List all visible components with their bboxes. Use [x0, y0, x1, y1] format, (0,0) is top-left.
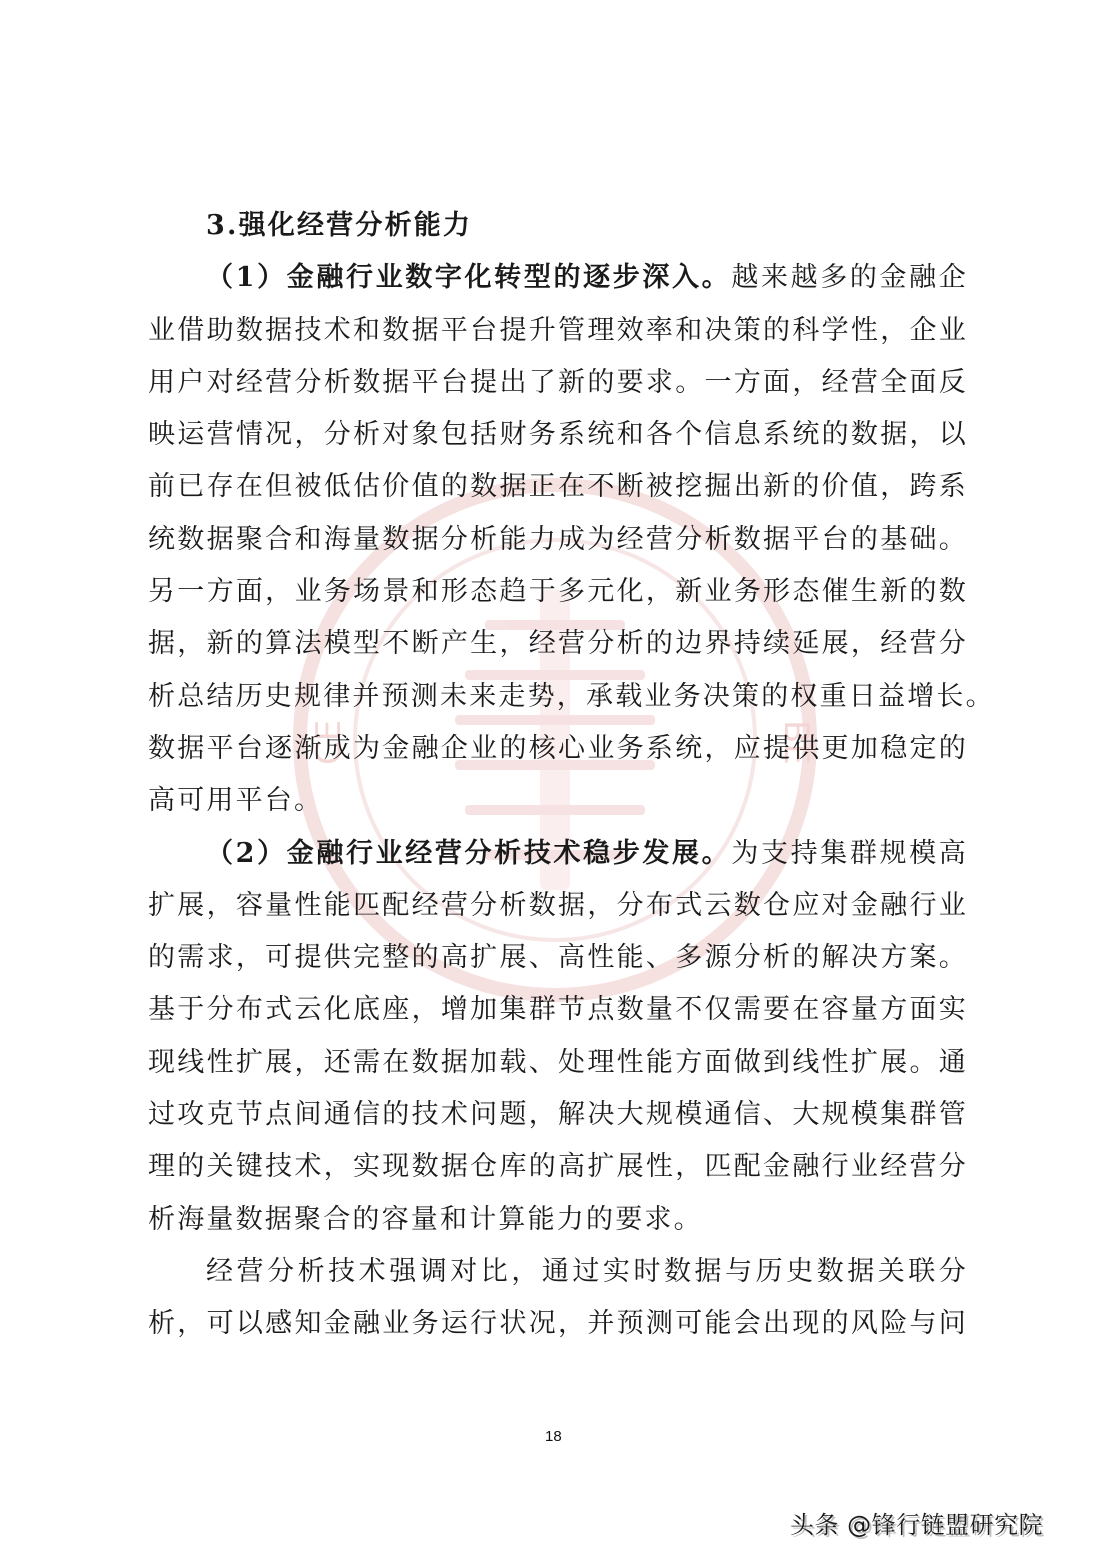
document-page: 3.强化经营分析能力 （1）金融行业数字化转型的逐步深入。越来越多的金融企 业借…	[148, 200, 968, 1351]
paragraph-line: 的需求，可提供完整的高扩展、高性能、多源分析的解决方案。	[148, 932, 968, 984]
page-number: 18	[545, 1428, 562, 1445]
paragraph-line: 现线性扩展，还需在数据加载、处理性能方面做到线性扩展。通	[148, 1037, 968, 1089]
paragraph-line: 扩展，容量性能匹配经营分析数据，分布式云数仓应对金融行业	[148, 880, 968, 932]
paragraph-2-line-1: （2）金融行业经营分析技术稳步发展。为支持集群规模高	[148, 828, 968, 880]
paragraph-line: 析总结历史规律并预测未来走势，承载业务决策的权重日益增长。	[148, 671, 968, 723]
section-heading-text: 3.强化经营分析能力	[206, 210, 472, 241]
paragraph-line: 据，新的算法模型不断产生，经营分析的边界持续延展，经营分	[148, 618, 968, 670]
paragraph-2-lead: （2）金融行业经营分析技术稳步发展。	[206, 838, 731, 869]
paragraph-3-line-1: 经营分析技术强调对比，通过实时数据与历史数据关联分	[148, 1246, 968, 1298]
paragraph-line: 高可用平台。	[148, 775, 968, 827]
paragraph-1-text: 越来越多的金融企	[731, 262, 968, 293]
source-credit-watermark: 头条 @锋行链盟研究院	[790, 1505, 1043, 1540]
paragraph-line: 业借助数据技术和数据平台提升管理效率和决策的科学性，企业	[148, 305, 968, 357]
paragraph-line: 理的关键技术，实现数据仓库的高扩展性，匹配金融行业经营分	[148, 1141, 968, 1193]
paragraph-line: 另一方面，业务场景和形态趋于多元化，新业务形态催生新的数	[148, 566, 968, 618]
section-heading: 3.强化经营分析能力	[148, 200, 968, 252]
paragraph-line: 映运营情况，分析对象包括财务系统和各个信息系统的数据，以	[148, 409, 968, 461]
paragraph-1-lead: （1）金融行业数字化转型的逐步深入。	[206, 262, 731, 293]
paragraph-line: 析海量数据聚合的容量和计算能力的要求。	[148, 1194, 968, 1246]
paragraph-line: 用户对经营分析数据平台提出了新的要求。一方面，经营全面反	[148, 357, 968, 409]
paragraph-1-line-1: （1）金融行业数字化转型的逐步深入。越来越多的金融企	[148, 252, 968, 304]
paragraph-line: 析，可以感知金融业务运行状况，并预测可能会出现的风险与问	[148, 1298, 968, 1350]
paragraph-line: 基于分布式云化底座，增加集群节点数量不仅需要在容量方面实	[148, 984, 968, 1036]
paragraph-line: 统数据聚合和海量数据分析能力成为经营分析数据平台的基础。	[148, 514, 968, 566]
paragraph-2-text: 为支持集群规模高	[731, 838, 968, 869]
paragraph-line: 过攻克节点间通信的技术问题，解决大规模通信、大规模集群管	[148, 1089, 968, 1141]
paragraph-line: 前已存在但被低估价值的数据正在不断被挖掘出新的价值，跨系	[148, 461, 968, 513]
paragraph-line: 数据平台逐渐成为金融企业的核心业务系统，应提供更加稳定的	[148, 723, 968, 775]
